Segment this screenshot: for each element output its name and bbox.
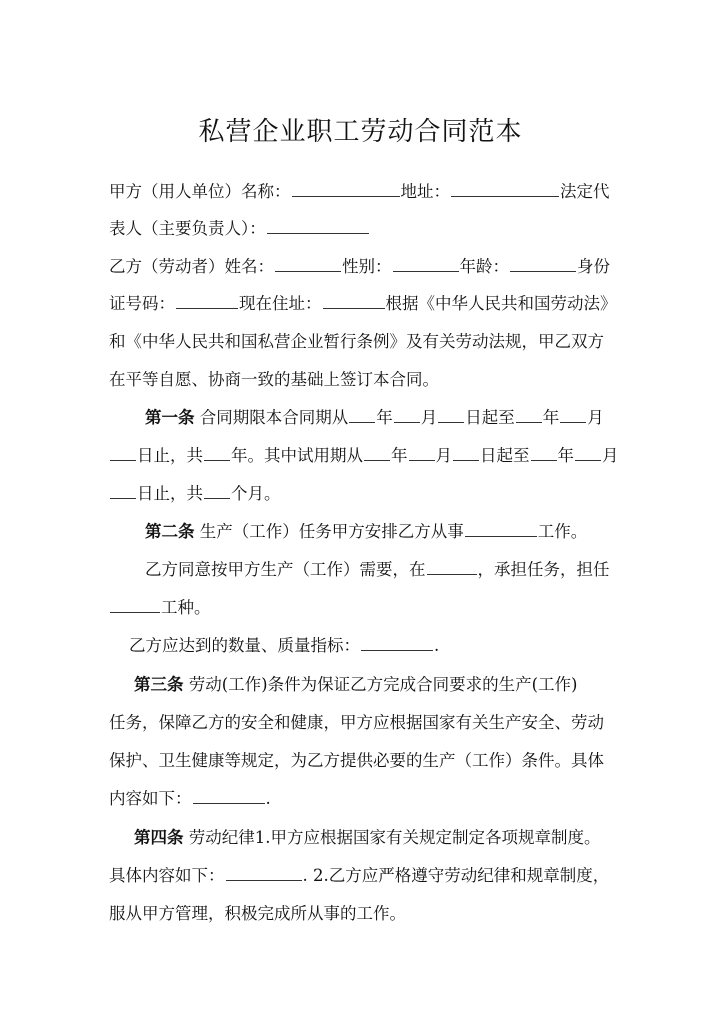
party-b-line-2: 证号码：现在住址：根据《中华人民共和国劳动法》 <box>109 292 614 316</box>
party-b-name-label: 乙方（劳动者）姓名： <box>109 257 274 276</box>
probation-end-month-blank[interactable] <box>575 459 601 461</box>
article-3-line-4: 内容如下：. <box>109 787 614 811</box>
contract-start-year-blank[interactable] <box>349 421 375 423</box>
year-label: 年 <box>543 408 560 427</box>
party-b-basis-text: 根据《中华人民共和国劳动法》 <box>386 294 617 313</box>
party-a-name-label: 甲方（用人单位）名称： <box>109 182 291 201</box>
document-title: 私营企业职工劳动合同范本 <box>0 112 721 152</box>
party-a-rep-label-end: 表人（主要负责人）： <box>109 219 266 238</box>
party-b-id-label-end: 证号码： <box>109 294 175 313</box>
article-2-heading: 第二条 <box>145 522 195 541</box>
assigned-work-blank[interactable] <box>465 535 537 537</box>
contract-start-day-blank[interactable] <box>438 421 464 423</box>
party-b-gender-blank[interactable] <box>393 270 459 272</box>
document-page: 私营企业职工劳动合同范本 甲方（用人单位）名称：地址：法定代 表人（主要负责人）… <box>0 0 721 1020</box>
contract-start-month-blank[interactable] <box>394 421 420 423</box>
article-1-line-2: 日止，共年。其中试用期从年月日起至年月 <box>109 444 614 468</box>
article-3-line-2: 任务，保障乙方的安全和健康，甲方应根据国家有关生产安全、劳动 <box>109 711 614 735</box>
article-3-line-3: 保护、卫生健康等规定，为乙方提供必要的生产（工作）条件。具体 <box>109 749 614 773</box>
regulations-blank[interactable] <box>226 879 302 881</box>
contract-end-month-blank[interactable] <box>560 421 586 423</box>
party-b-age-blank[interactable] <box>510 270 576 272</box>
party-b-line-4: 在平等自愿、协商一致的基础上签订本合同。 <box>109 368 614 392</box>
job-type-blank[interactable] <box>110 611 160 613</box>
article-2-text: ，承担任务，担任 <box>478 560 610 579</box>
contract-total-years-blank[interactable] <box>204 459 230 461</box>
probation-total-months-blank[interactable] <box>204 497 230 499</box>
party-a-rep-blank[interactable] <box>267 232 369 234</box>
article-2-line-4: 乙方应达到的数量、质量指标：. <box>109 634 614 658</box>
article-4-line-1: 第四条 劳动纪律1.甲方应根据国家有关规定制定各项规章制度。 <box>109 826 614 850</box>
party-b-gender-label: 性别： <box>342 257 392 276</box>
article-3-heading: 第三条 <box>134 675 184 694</box>
work-conditions-blank[interactable] <box>193 802 265 804</box>
day-from-to-label: 日起至 <box>480 446 530 465</box>
article-1-heading: 第一条 <box>145 408 195 427</box>
year-label: 年 <box>391 446 408 465</box>
article-2-line-1: 第二条 生产（工作）任务甲方安排乙方从事工作。 <box>109 520 614 544</box>
article-2-text: 生产（工作）任务甲方安排乙方从事 <box>200 522 464 541</box>
party-b-name-blank[interactable] <box>275 270 341 272</box>
year-label: 年 <box>376 408 393 427</box>
article-4-line-2: 具体内容如下：. 2.乙方应严格遵守劳动纪律和规章制度， <box>109 864 614 888</box>
article-3-line-1: 第三条 劳动(工作)条件为保证乙方完成合同要求的生产(工作) <box>109 673 614 697</box>
article-1-line-1: 第一条 合同期限本合同期从年月日起至年月 <box>109 406 614 430</box>
probation-start-year-blank[interactable] <box>364 459 390 461</box>
party-b-line-3: 和《中华人民共和国私营企业暂行条例》及有关劳动法规，甲乙双方 <box>109 330 614 354</box>
month-label: 月 <box>436 446 453 465</box>
party-a-address-blank[interactable] <box>451 195 559 197</box>
probation-end-day-blank[interactable] <box>110 497 136 499</box>
contract-end-year-blank[interactable] <box>516 421 542 423</box>
quota-label: 乙方应达到的数量、质量指标： <box>129 636 360 655</box>
month-label: 月 <box>421 408 438 427</box>
article-2-line-2: 乙方同意按甲方生产（工作）需要，在，承担任务，担任 <box>109 558 614 582</box>
article-2-line-3: 工种。 <box>109 596 614 620</box>
party-b-address-label: 现在住址： <box>239 294 322 313</box>
month-label: 月 <box>602 446 619 465</box>
details-label: 内容如下： <box>109 789 192 808</box>
probation-end-year-blank[interactable] <box>531 459 557 461</box>
probation-start-day-blank[interactable] <box>453 459 479 461</box>
party-a-line-1: 甲方（用人单位）名称：地址：法定代 <box>109 180 614 204</box>
period: . <box>434 636 439 655</box>
month-label: 月 <box>587 408 604 427</box>
work-label: 工作。 <box>538 522 588 541</box>
article-3-text: 劳动(工作)条件为保证乙方完成合同要求的生产(工作) <box>189 675 578 694</box>
article-4-heading: 第四条 <box>134 828 184 847</box>
party-b-line-1: 乙方（劳动者）姓名：性别：年龄：身份 <box>109 255 614 279</box>
article-4-text: . 2.乙方应严格遵守劳动纪律和规章制度， <box>303 866 610 885</box>
article-1-line-3: 日止，共个月。 <box>109 482 614 506</box>
day-until-total-label: 日止，共 <box>137 446 203 465</box>
article-2-text: 乙方同意按甲方生产（工作）需要，在 <box>145 560 426 579</box>
article-4-text: 劳动纪律1.甲方应根据国家有关规定制定各项规章制度。 <box>189 828 601 847</box>
period: . <box>266 789 271 808</box>
party-b-address-blank[interactable] <box>323 307 385 309</box>
months-label: 个月。 <box>231 484 281 503</box>
job-type-label: 工种。 <box>161 598 211 617</box>
party-b-id-label-start: 身份 <box>577 257 610 276</box>
party-b-age-label: 年龄： <box>460 257 510 276</box>
year-label: 年 <box>558 446 575 465</box>
party-a-name-blank[interactable] <box>292 195 400 197</box>
details-label: 具体内容如下： <box>109 866 225 885</box>
party-a-rep-label-start: 法定代 <box>560 182 610 201</box>
work-location-blank[interactable] <box>427 573 477 575</box>
probation-start-month-blank[interactable] <box>409 459 435 461</box>
article-4-line-3: 服从甲方管理，积极完成所从事的工作。 <box>109 902 614 926</box>
party-a-line-2: 表人（主要负责人）： <box>109 217 614 241</box>
contract-end-day-blank[interactable] <box>110 459 136 461</box>
party-a-address-label: 地址： <box>401 182 451 201</box>
party-b-id-blank[interactable] <box>176 307 238 309</box>
day-from-to-label: 日起至 <box>465 408 515 427</box>
article-1-text: 合同期限本合同期从 <box>200 408 349 427</box>
day-until-total-label: 日止，共 <box>137 484 203 503</box>
probation-text: 年。其中试用期从 <box>231 446 363 465</box>
quota-blank[interactable] <box>361 649 433 651</box>
